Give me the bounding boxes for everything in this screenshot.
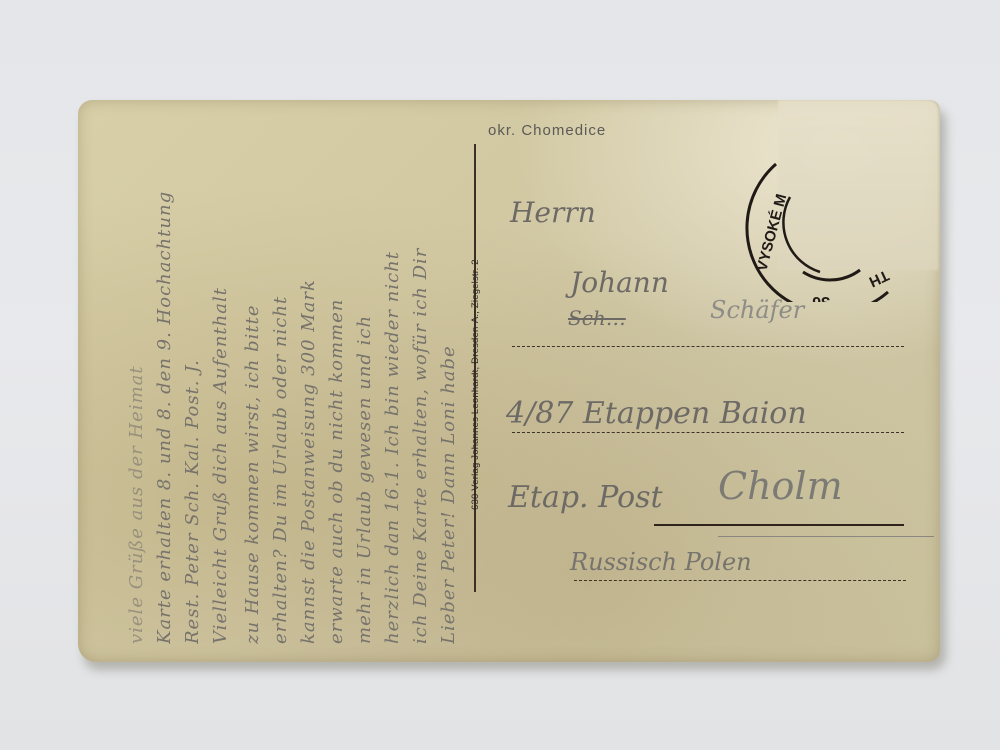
postcard: Lieber Peter! Dann Loni habe ich Deine K… [78,100,940,662]
destination-city: Cholm [718,464,843,508]
publisher-imprint-text: 630 Verlag Johannes Leonhardt, Dresden-A… [470,259,481,510]
crossed-out-word: Sch… [568,306,626,330]
message-line: Vielleicht Gruß dich aus Aufenthalt [210,114,234,644]
service-label: Etap. Post [508,480,663,515]
recipient-salutation: Herrn [510,196,596,229]
message-line: Karte erhalten 8. und 8. den 9. Hochacht… [154,114,178,644]
address-line-2 [512,432,904,433]
message-line: zu Hause kommen wirst, ich bitte [242,114,266,644]
postmark-suffix: TH [866,266,891,290]
destination-country: Russisch Polen [570,548,752,576]
message-area: Lieber Peter! Dann Loni habe ich Deine K… [84,114,468,644]
recipient-unit: 4/87 Etappen Baion [506,396,807,431]
message-line: erwarte auch ob du nicht kommen [326,114,350,644]
message-line: Lieber Peter! Dann Loni habe [438,114,462,644]
message-line: Rest. Peter Sch. Kal. Post. J. [182,114,206,644]
city-underline [718,536,934,537]
address-line-4 [574,580,906,581]
message-line: viele Grüße aus der Heimat [126,114,150,644]
message-line: mehr in Urlaub gewesen und ich [354,114,378,644]
message-line: kannst die Postanweisung 300 Mark [298,114,322,644]
message-line: herzlich dan 16.1. Ich bin wieder nicht [382,114,406,644]
recipient-surname: Schäfer [710,296,804,324]
postmark-stamp: VYSOKÉ M 36 TH [728,152,898,302]
address-line-3 [654,524,904,526]
message-line: ich Deine Karte erhalten, wofür ich Dir [410,114,434,644]
district-note: okr. Chomedice [488,122,606,139]
postmark-number: 36 [812,293,830,302]
recipient-first-name: Johann [570,266,669,299]
address-line-1 [512,346,904,347]
message-line: erhalten? Du im Urlaub oder nicht [270,114,294,644]
